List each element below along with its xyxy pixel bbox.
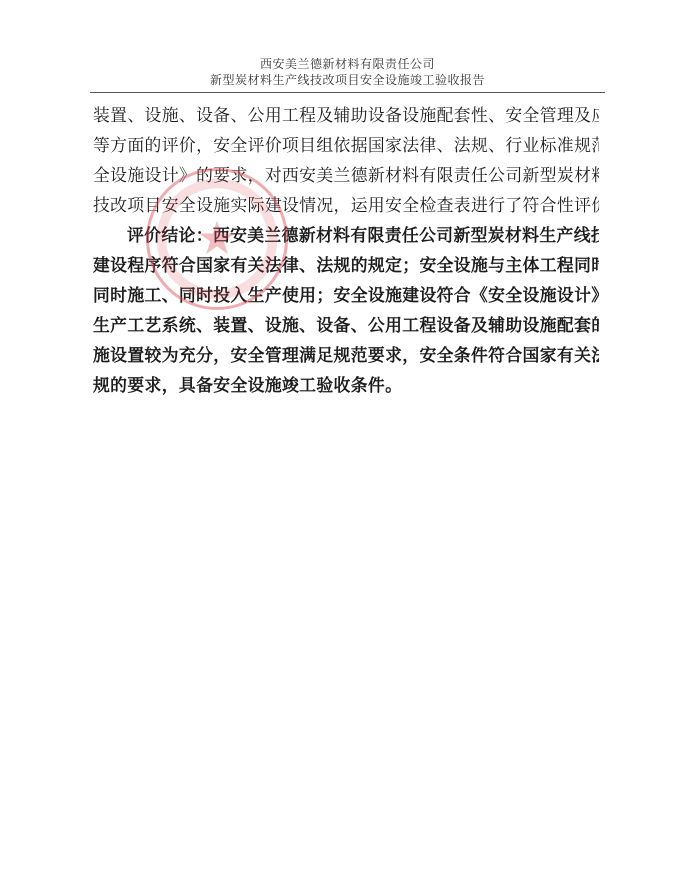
text-line: 等方面的评价，安全评价项目组依据国家法律、法规、行业标准规范及《安: [93, 130, 599, 160]
text-line: 全设施设计》的要求，对西安美兰德新材料有限责任公司新型炭材料生产线: [93, 160, 599, 190]
page-header: 西安美兰德新材料有限责任公司 新型炭材料生产线技改项目安全设施竣工验收报告: [90, 56, 605, 88]
report-body: 装置、设施、设备、公用工程及辅助设备设施配套性、安全管理及应急救援 等方面的评价…: [93, 100, 599, 400]
text-line: 同时施工、同时投入生产使用；安全设施建设符合《安全设施设计》的要求，: [93, 280, 599, 310]
text-line: 建设程序符合国家有关法律、法规的规定；安全设施与主体工程同时设计、: [93, 250, 599, 280]
text-line: 评价结论：西安美兰德新材料有限责任公司新型炭材料生产线技改项目: [93, 220, 599, 250]
text-line: 装置、设施、设备、公用工程及辅助设备设施配套性、安全管理及应急救援: [93, 100, 599, 130]
text-line: 施设置较为充分，安全管理满足规范要求，安全条件符合国家有关法律、法: [93, 340, 599, 370]
evaluation-scope-paragraph: 装置、设施、设备、公用工程及辅助设备设施配套性、安全管理及应急救援 等方面的评价…: [93, 100, 599, 220]
text-line: 技改项目安全设施实际建设情况，运用安全检查表进行了符合性评价。: [93, 190, 599, 220]
text-line: 生产工艺系统、装置、设施、设备、公用工程设备及辅助设施配套的安全设: [93, 310, 599, 340]
document-page: 西安美兰德新材料有限责任公司 新型炭材料生产线技改项目安全设施竣工验收报告 装置…: [0, 0, 674, 880]
evaluation-conclusion-paragraph: 评价结论：西安美兰德新材料有限责任公司新型炭材料生产线技改项目 建设程序符合国家…: [93, 220, 599, 400]
header-divider: [90, 92, 605, 93]
header-company-name: 西安美兰德新材料有限责任公司: [90, 56, 605, 72]
text-line: 规的要求，具备安全设施竣工验收条件。: [93, 370, 599, 400]
header-report-title: 新型炭材料生产线技改项目安全设施竣工验收报告: [90, 72, 605, 88]
